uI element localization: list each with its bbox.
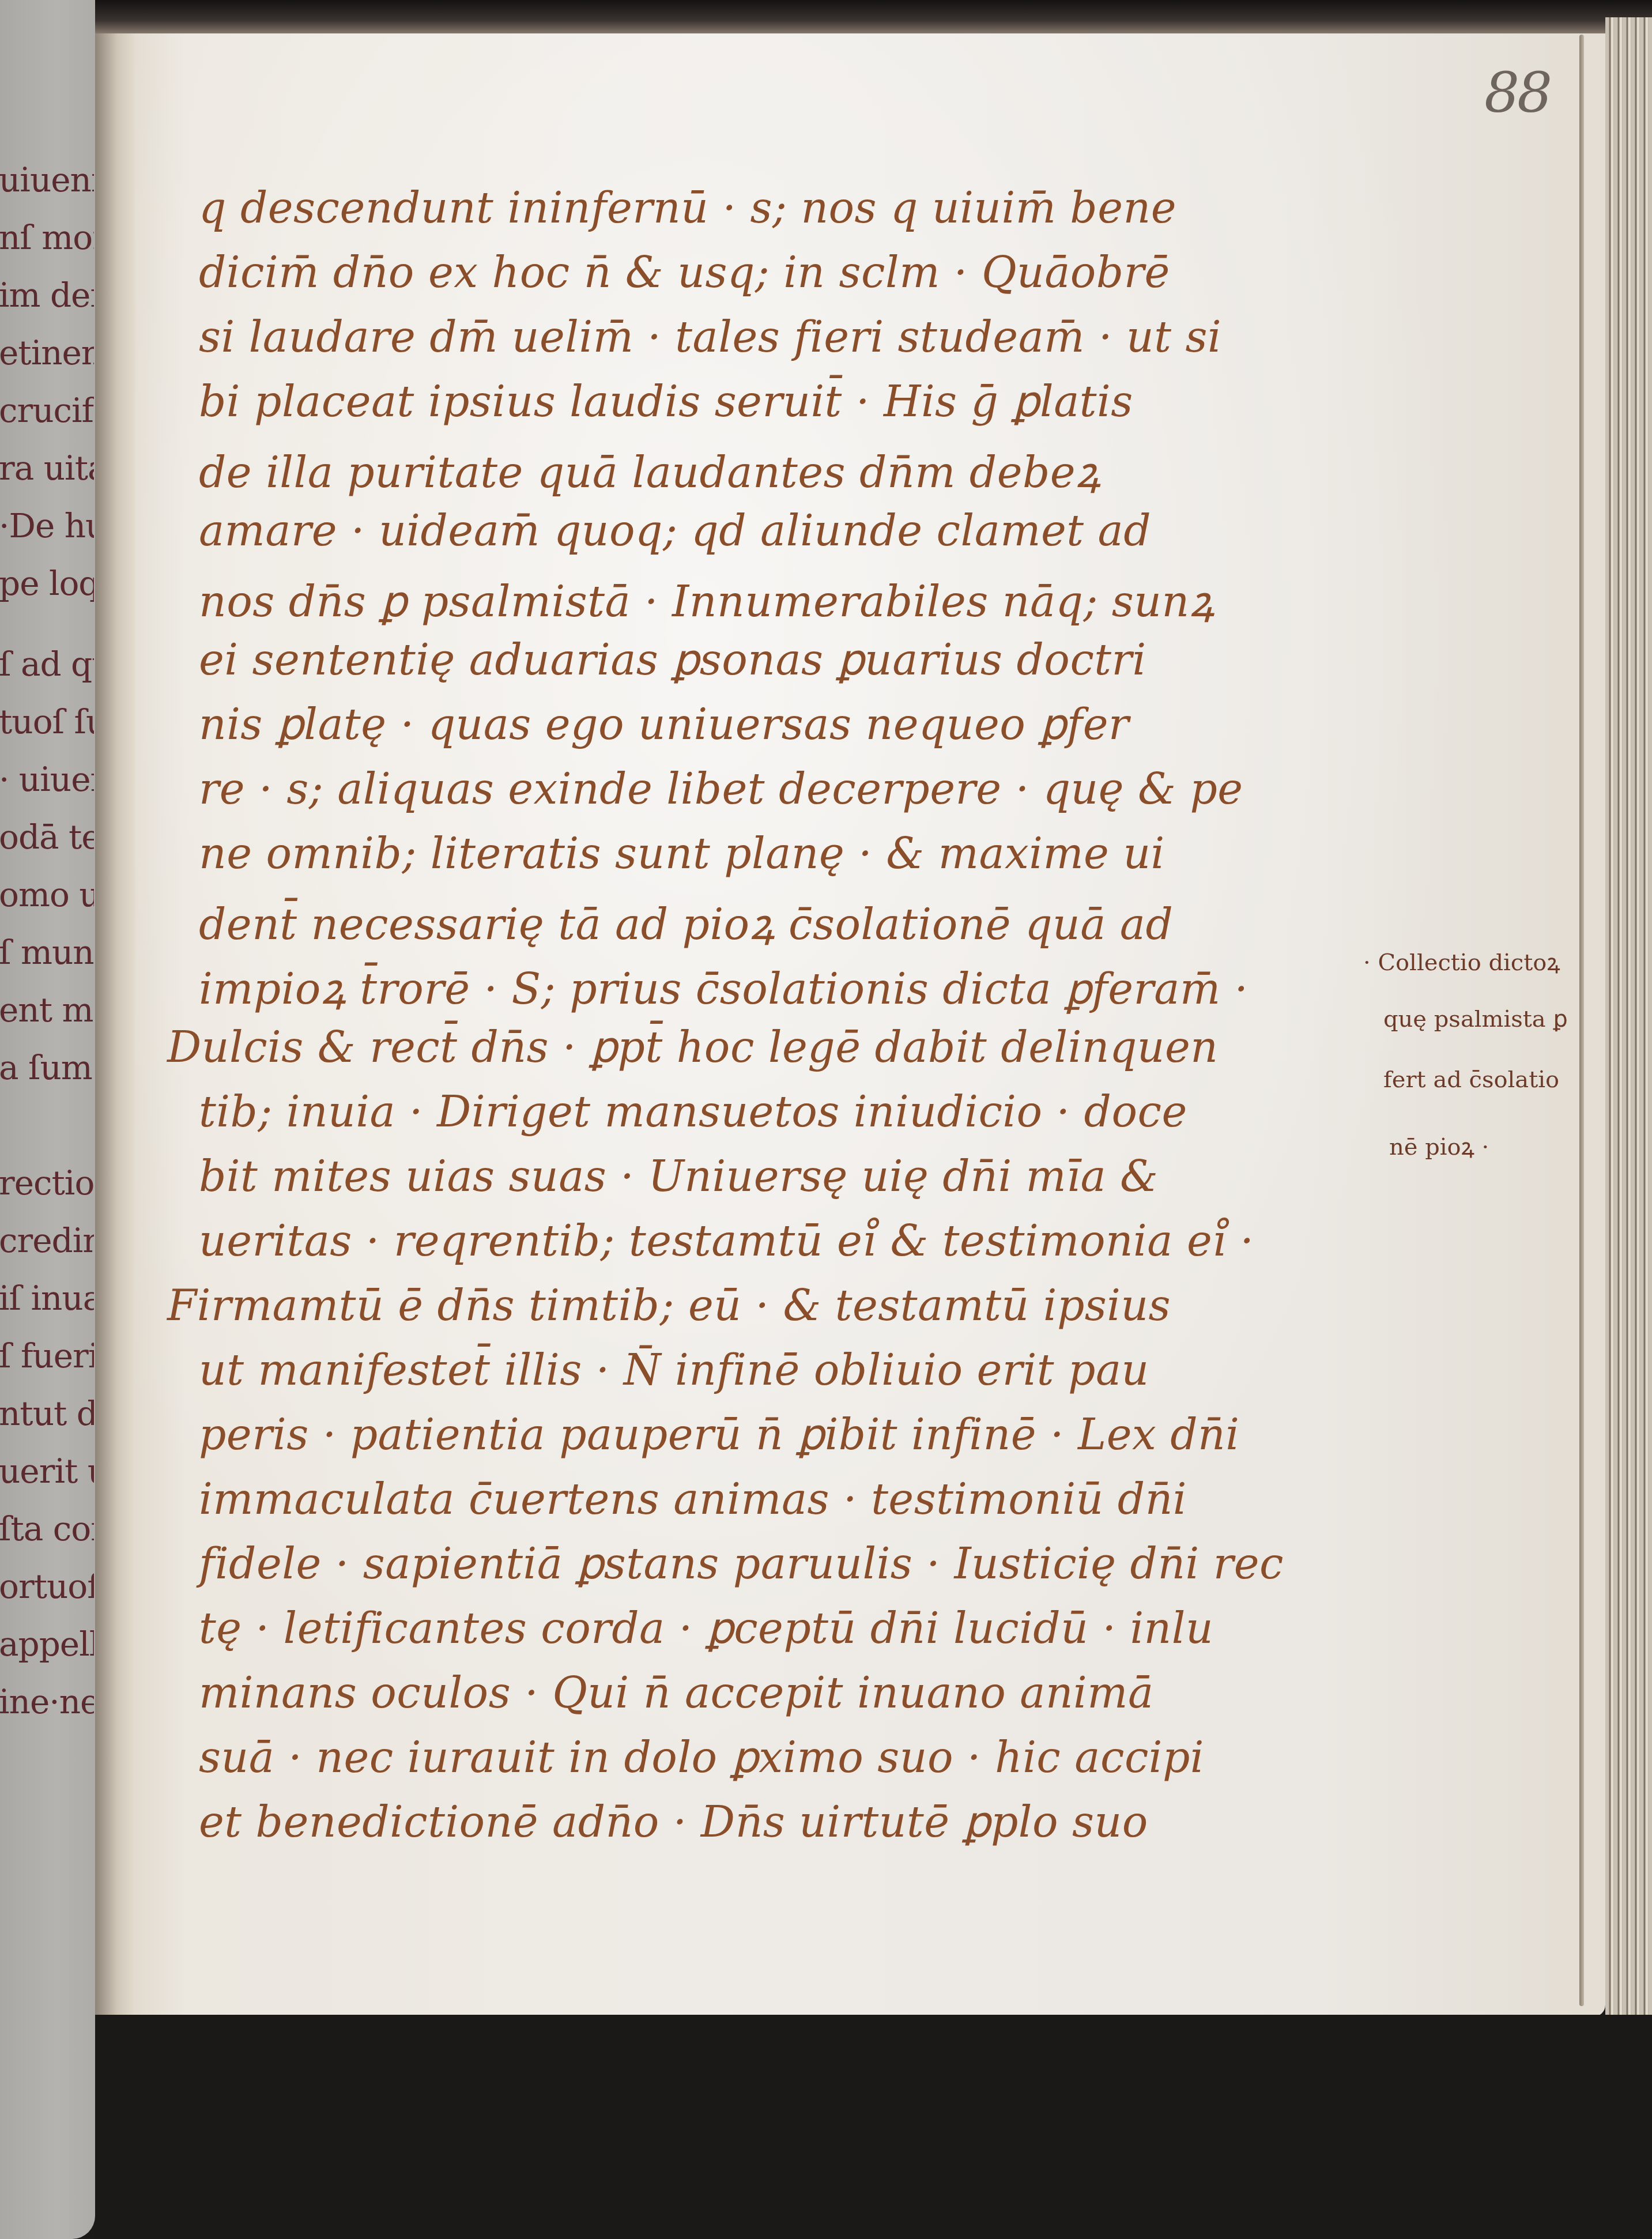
left-page-line: uiuenſ ſpi <box>0 160 94 199</box>
text-line: dicim̄ dn̄o ex hoc n̄ & usq; in sclm · Q… <box>199 248 1170 297</box>
text-line: bi placeat ipsius laudis seruit̄ · His ḡ… <box>199 377 1133 427</box>
text-line: peris · patientia pauperū n̄ ꝑibit infin… <box>199 1410 1239 1460</box>
background-surface <box>95 2015 1652 2239</box>
left-page-line: omo uiuen <box>0 875 94 914</box>
left-page-line: etinent·ho <box>0 333 94 372</box>
left-page-line: ſta coſ qu <box>0 1509 94 1548</box>
text-line: q descendunt ininfernū · s; nos q uiuim̄… <box>199 183 1176 233</box>
marginal-note-line: · Collectio dictoꝝ <box>1363 945 1560 977</box>
text-line: de illa puritate quā laudantes dn̄m debe… <box>199 442 1100 500</box>
folio-edge <box>1579 35 1584 2006</box>
left-page-line: odā teſtam <box>0 817 94 857</box>
left-page-line: ſ mundo <box>0 933 94 972</box>
left-page-line: rectionſ <box>0 1163 94 1203</box>
text-line: bit mites uias suas · Uniuersę uię dn̄i … <box>199 1152 1158 1201</box>
left-page-line: iſ inuan <box>0 1279 94 1318</box>
left-page-line: ſ ad quen <box>0 644 94 684</box>
left-page-line: crucifigen <box>0 391 94 430</box>
binding-top-shadow <box>0 0 1652 35</box>
text-line: impioꝝ t̄rorē · S; prius c̄solationis di… <box>199 958 1249 1016</box>
text-line: re · s; aliquas exinde libet decerpere ·… <box>199 764 1243 814</box>
text-line: tib; inuia · Diriget mansuetos iniudicio… <box>199 1087 1187 1137</box>
text-line: minans oculos · Qui n̄ accepit inuano an… <box>199 1668 1154 1718</box>
text-line: amare · uideam̄ quoq; qd aliunde clamet … <box>199 506 1151 556</box>
left-page-line: pe loquin <box>0 564 94 603</box>
text-line: ueritas · reqrentib; testamtū ei̊ & test… <box>199 1216 1254 1266</box>
text-line: suā · nec iurauit in dolo ꝑximo suo · hi… <box>199 1733 1204 1782</box>
text-line: dent̄ necessarię tā ad pioꝝ c̄solationē … <box>199 894 1173 952</box>
marginal-note-line: nē pioꝝ · <box>1389 1130 1489 1162</box>
left-page-line: ra uita e u <box>0 448 94 488</box>
text-line: si laudare dm̄ uelim̄ · tales fieri stud… <box>199 312 1221 362</box>
left-page-line: nſ mortuo <box>0 218 94 257</box>
text-line: fidele · sapientiā ꝑstans paruulis · Ius… <box>199 1539 1284 1589</box>
left-page-line: a ſum ſim <box>0 1048 94 1087</box>
left-page-line: · uiuenſ mo <box>0 760 94 799</box>
left-page-line: ntut dic <box>0 1394 94 1433</box>
text-line: ei sententię aduarias ꝑsonas ꝑuarius doc… <box>199 635 1146 685</box>
left-page-line: ine·neq·om <box>0 1682 94 1721</box>
left-page-line: ſ fuerit d <box>0 1336 94 1375</box>
stacked-page-edges <box>1605 17 1652 2018</box>
text-line: nis ꝑlatę · quas ego uniuersas nequeo ꝑf… <box>199 700 1129 749</box>
left-page-line: uerit uiu <box>0 1452 94 1491</box>
text-line: nos dn̄s ꝑ psalmistā · Innumerabiles nāq… <box>199 571 1215 629</box>
text-line: ne omnib; literatis sunt planę · & maxim… <box>199 829 1165 879</box>
left-page-line: ·De huim <box>0 506 94 545</box>
facing-page-fragment: uiuenſ ſpi nſ mortuo im deſerui etinent·… <box>0 0 95 2239</box>
marginal-note-line: quę psalmista ꝑ <box>1383 1006 1568 1032</box>
left-page-line: appeller <box>0 1624 94 1664</box>
marginal-note-line: fert ad c̄solatio <box>1383 1066 1559 1093</box>
text-line: et benedictionē adn̄o · Dn̄s uirtutē ꝑpl… <box>199 1797 1148 1847</box>
text-line-initial-d: Dulcis & rect̄ dn̄s · ꝑpt̄ hoc legē dabi… <box>167 1023 1218 1072</box>
left-page-line: tuoſ ſuoſ <box>0 702 94 741</box>
folio-number: 88 <box>1484 61 1550 125</box>
left-page-line: ortuoſ·illa <box>0 1567 94 1606</box>
text-line: ut manifestet̄ illis · N̄ infinē obliuio… <box>199 1345 1149 1395</box>
left-page-line: credim q <box>0 1221 94 1260</box>
text-line: tę · letificantes corda · ꝑceptū dn̄i lu… <box>199 1604 1213 1653</box>
text-line: immaculata c̄uertens animas · testimoniū… <box>199 1475 1187 1524</box>
binding-gutter <box>95 33 135 2016</box>
text-line-initial-f: Firmamtū ē dn̄s timtib; eū · & testamtū … <box>167 1281 1171 1330</box>
left-page-line: ent morta <box>0 990 94 1030</box>
left-page-line: im deſerui <box>0 276 94 315</box>
